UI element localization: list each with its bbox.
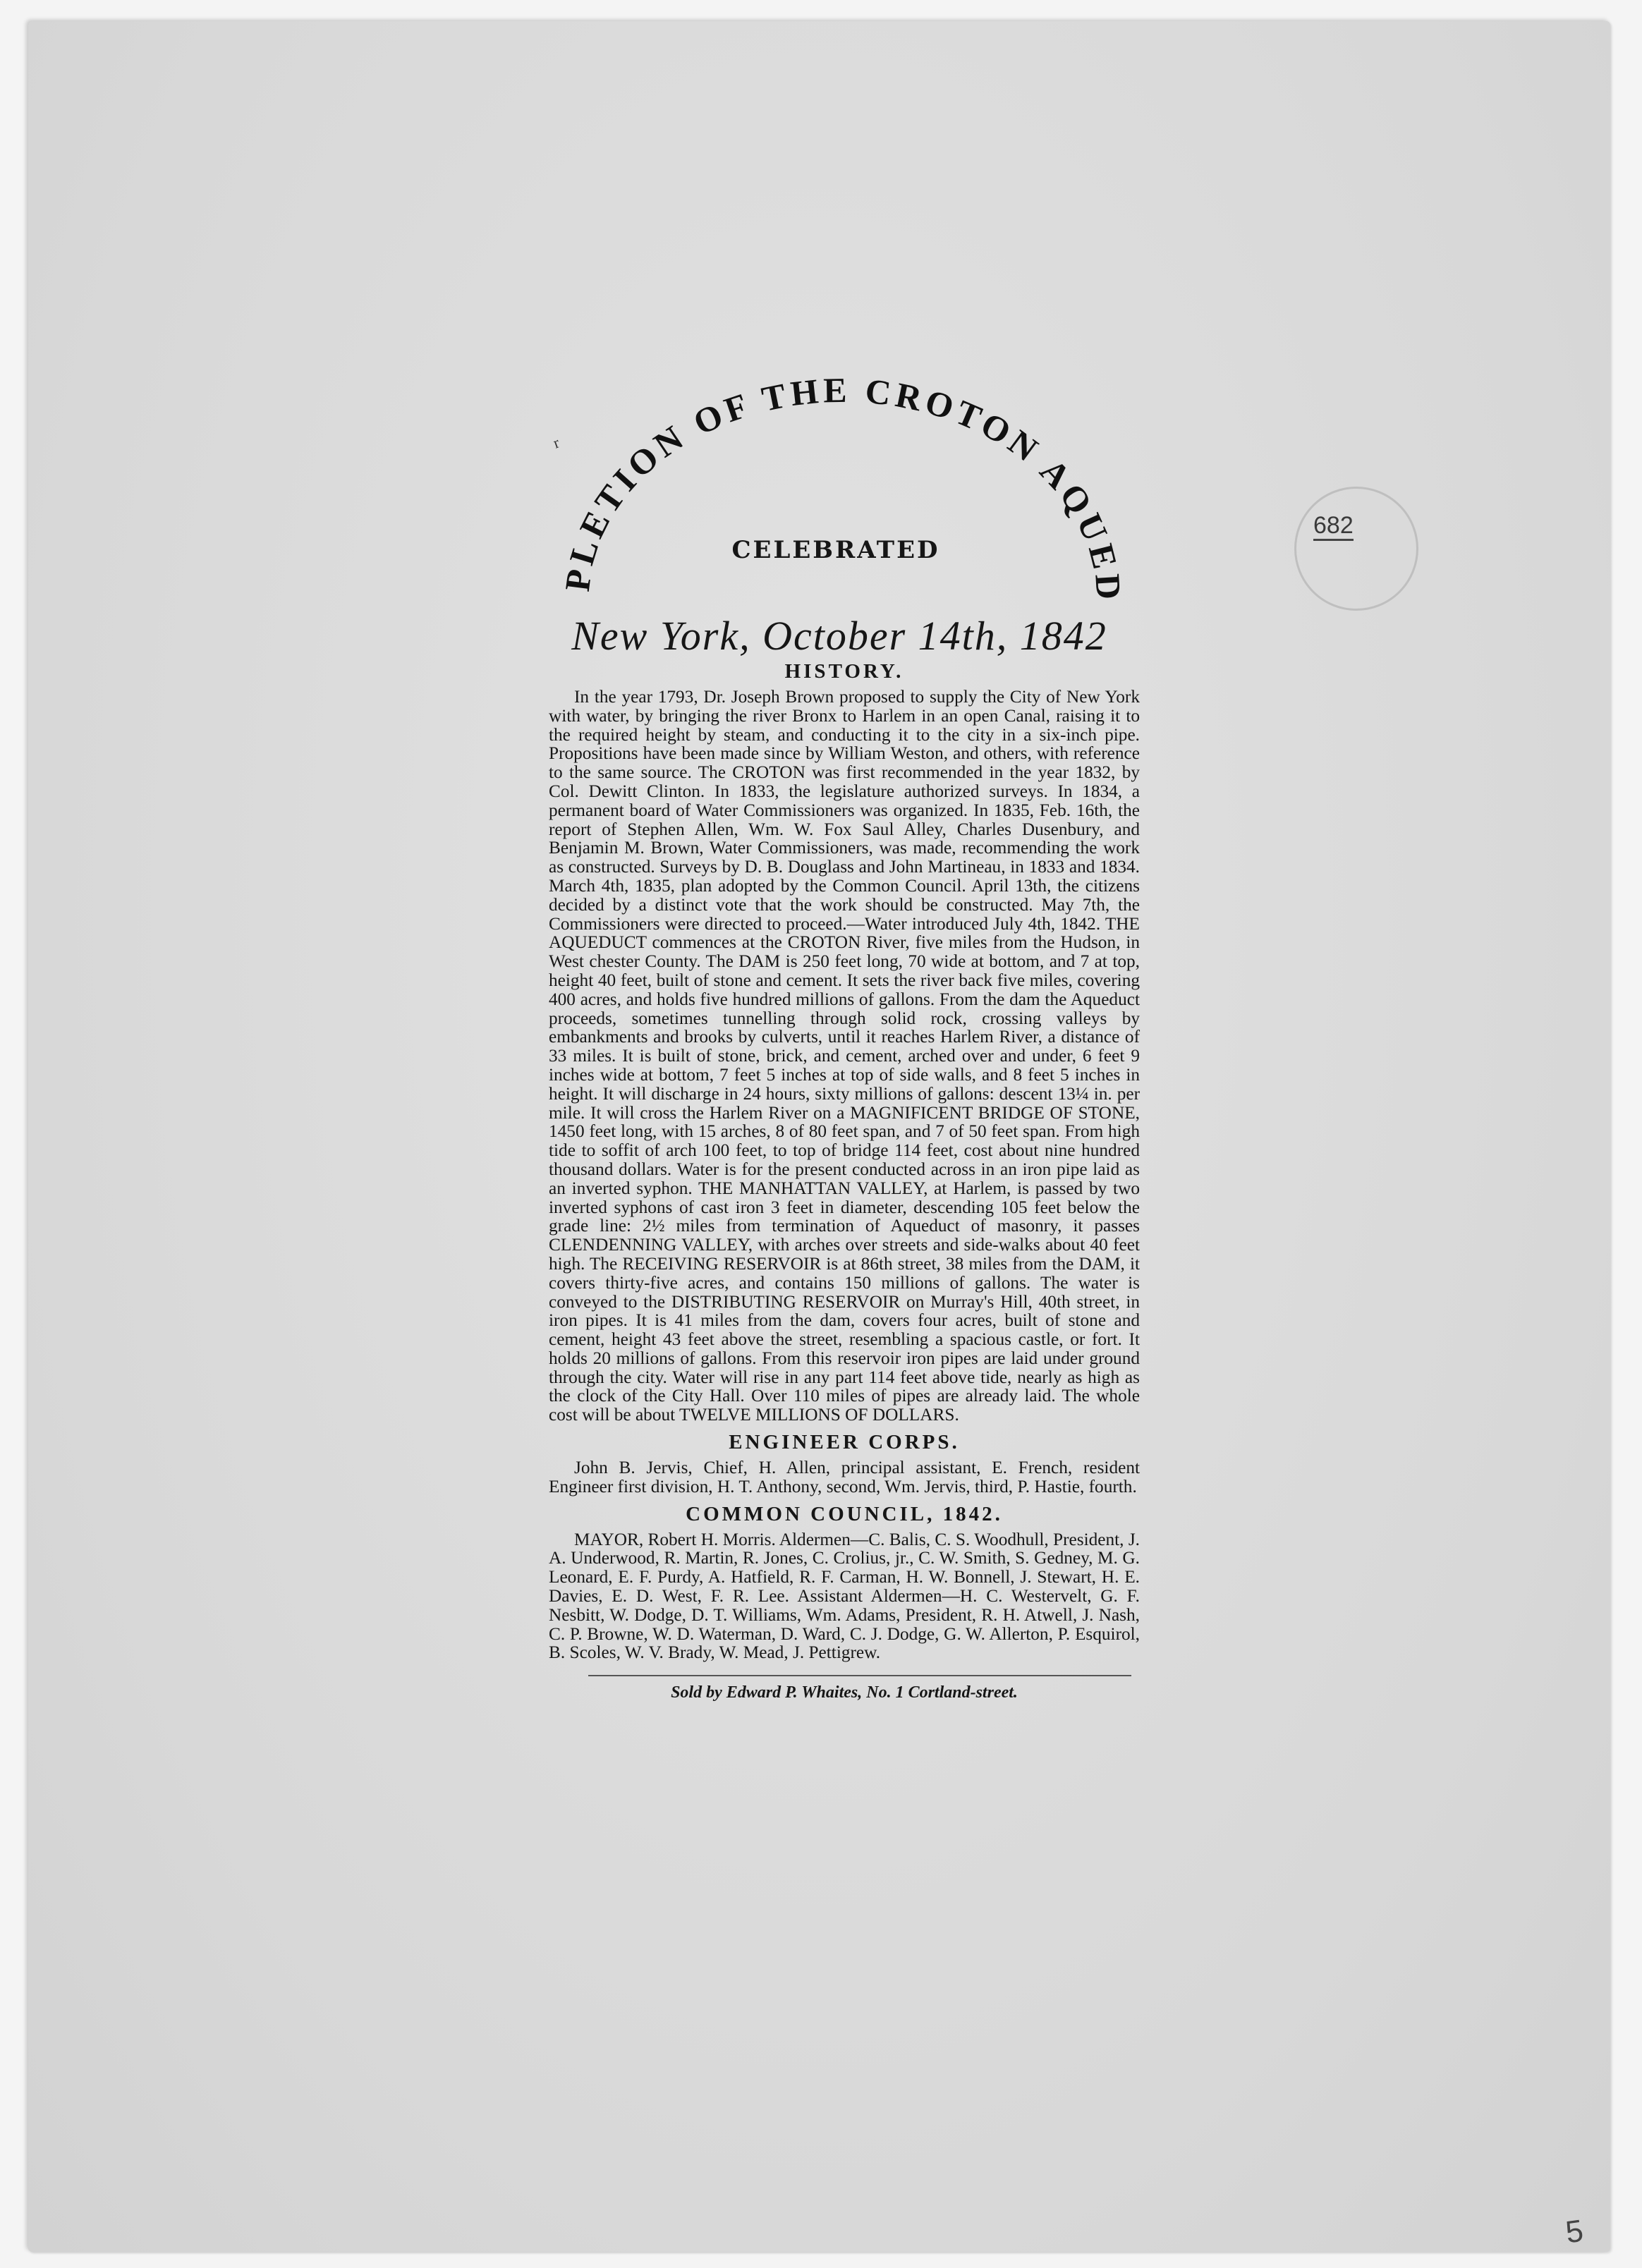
dateline: New York, October 14th, 1842	[564, 612, 1114, 659]
section-history: HISTORY. In the year 1793, Dr. Joseph Br…	[549, 659, 1140, 1425]
section-heading: COMMON COUNCIL, 1842.	[549, 1502, 1140, 1526]
arched-title: COMPLETION OF THE CROTON AQUEDUCT	[557, 423, 1121, 635]
library-stamp	[1294, 487, 1418, 611]
section-engineer-corps: ENGINEER CORPS. John B. Jervis, Chief, H…	[549, 1430, 1140, 1496]
subtitle-celebrated: CELEBRATED	[730, 536, 942, 564]
divider-rule	[588, 1675, 1131, 1676]
arched-title-svg: COMPLETION OF THE CROTON AQUEDUCT	[557, 423, 1121, 635]
section-heading: ENGINEER CORPS.	[549, 1430, 1140, 1454]
accession-number: 682	[1313, 513, 1354, 541]
section-body: In the year 1793, Dr. Joseph Brown propo…	[549, 688, 1140, 1425]
section-body: John B. Jervis, Chief, H. Allen, princip…	[549, 1458, 1140, 1496]
section-common-council: COMMON COUNCIL, 1842. MAYOR, Robert H. M…	[549, 1502, 1140, 1663]
imprint-line: Sold by Edward P. Whaites, No. 1 Cortlan…	[549, 1683, 1140, 1702]
section-heading: HISTORY.	[549, 659, 1140, 683]
text-column: HISTORY. In the year 1793, Dr. Joseph Br…	[549, 659, 1140, 1702]
section-body: MAYOR, Robert H. Morris. Aldermen—C. Bal…	[549, 1530, 1140, 1663]
